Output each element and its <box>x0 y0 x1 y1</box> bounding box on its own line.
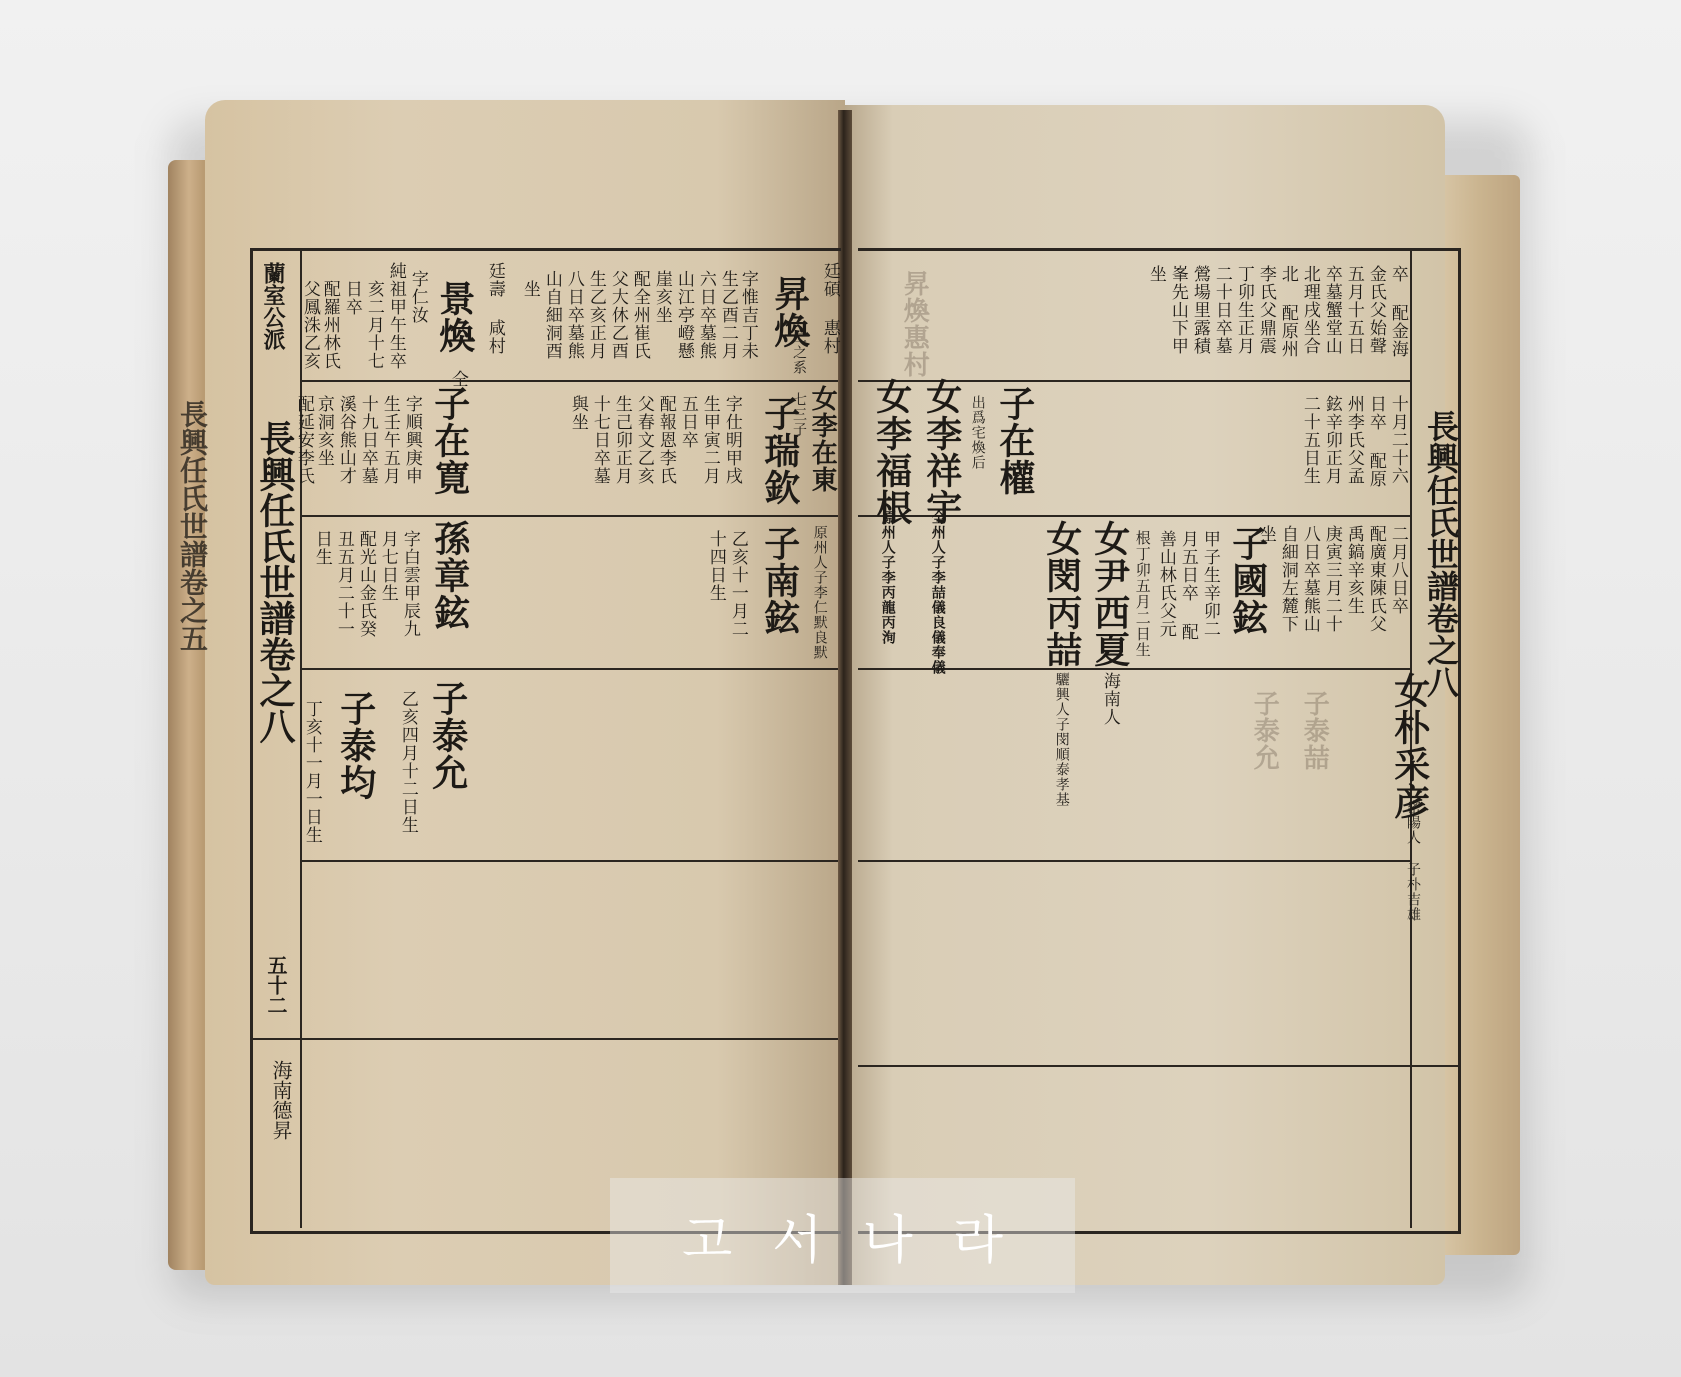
entry-name-jaegwon: 子在權 <box>995 385 1033 496</box>
entry-name-female-parkchaeeon: 女朴采彦 <box>1390 672 1428 820</box>
entry-detail: 字仕明甲戌 <box>722 395 740 485</box>
entry-detail: 乙亥十一月二 <box>728 530 746 638</box>
entry-detail: 生己卯正月 <box>612 395 630 485</box>
section-label: 蘭室公派 <box>258 262 289 350</box>
entry-detail: 根丁卯五月二日生 <box>1134 530 1150 658</box>
entry-detail: 二十日卒墓 <box>1212 265 1230 355</box>
entry-detail: 日卒 配原 <box>1366 395 1384 488</box>
entry-note-parkchaeeon: 密陽人 子朴吉雄 <box>1402 800 1420 922</box>
entry-detail: 五日卒 <box>678 395 696 449</box>
entry-detail: 廷壽 咸村 <box>485 262 503 355</box>
entry-name-female-ibokgeun: 女李福根 <box>872 378 910 526</box>
entry-detail: 日生 <box>312 530 330 566</box>
entry-detail: 六日卒墓熊 <box>696 270 714 360</box>
entry-name-taeyun: 子泰允 <box>428 680 466 791</box>
entry-detail: 字仁汝 <box>408 270 426 324</box>
entry-detail: 生乙酉二月 <box>718 270 736 360</box>
entry-detail: 配延安李氏 <box>294 395 312 485</box>
entry-name-gyeonghwan: 景煥 <box>435 280 473 354</box>
entry-detail: 生甲寅二月 <box>700 395 718 485</box>
entry-note-jaegwon: 出爲宅煥后 <box>970 395 985 470</box>
left-row-divider-4 <box>300 860 838 862</box>
entry-detail: 二月八日卒 <box>1388 525 1406 615</box>
entry-note-minbyeongcheol: 驪興人子閔順泰孝基 <box>1054 672 1069 807</box>
entry-detail: 京洞亥坐 <box>314 395 332 467</box>
left-row-divider-3 <box>300 668 838 670</box>
entry-detail: 八日卒墓熊 <box>564 270 582 360</box>
entry-detail: 李氏父鼎震 <box>1256 265 1274 355</box>
entry-detail: 生乙亥正月 <box>586 270 604 360</box>
watermark-overlay: 고서나라 <box>610 1178 1075 1293</box>
entry-detail: 善山林氏父元 <box>1156 530 1174 638</box>
left-row-divider-1 <box>300 380 838 382</box>
entry-detail: 丑五月二十一 <box>334 530 352 638</box>
entry-detail: 山江亭嶝懸 <box>674 270 692 360</box>
entry-detail: 十七日卒墓 <box>590 395 608 485</box>
entry-detail: 坐 <box>520 280 538 298</box>
entry-detail: 自細洞左麓下 <box>1278 525 1296 633</box>
bleed-through-text: 昇煥惠村 <box>900 270 927 378</box>
entry-detail: 字白雲甲辰九 <box>400 530 418 638</box>
entry-detail: 山自細洞酉 <box>542 270 560 360</box>
entry-detail: 北理戌坐合 <box>1300 265 1318 355</box>
entry-detail: 卒 配金海 <box>1388 265 1406 358</box>
entry-detail: 卒墓蟹堂山 <box>1322 265 1340 355</box>
entry-detail: 配光山金氏癸 <box>356 530 374 638</box>
entry-detail: 字順興庚申 <box>402 395 420 485</box>
entry-name-female-minbyeongcheol: 女閔丙喆 <box>1042 520 1080 668</box>
entry-name-seoheum: 子瑞欽 <box>760 395 798 506</box>
left-row-divider-2 <box>300 515 838 517</box>
entry-name-taegyun: 子泰均 <box>336 690 374 801</box>
entry-detail: 月七日生 <box>378 530 396 602</box>
entry-detail: 二十五日生 <box>1300 395 1318 485</box>
outer-margin-title: 長興任氏世譜卷之五 <box>172 400 212 652</box>
entry-detail: 十九日卒墓 <box>358 395 376 485</box>
entry-detail: 北 配原州 <box>1278 265 1296 358</box>
page-number: 五十二 <box>262 955 291 1015</box>
entry-name-female-isangu: 女李祥宇 <box>922 378 960 526</box>
entry-detail: 純祖甲午生卒 <box>386 262 404 370</box>
entry-detail: 峯先山下甲 <box>1168 265 1186 355</box>
entry-name-female-yunseoha: 女尹西夏 <box>1090 520 1128 668</box>
entry-detail: 庚寅三月二十 <box>1322 525 1340 633</box>
publisher-mark: 海南德昇 <box>262 1060 300 1140</box>
entry-name-female-imjaedong: 女李在東 <box>808 385 835 493</box>
entry-detail: 與坐 <box>568 395 586 431</box>
entry-detail: 溪谷熊山才 <box>336 395 354 485</box>
watermark-text: 고서나라 <box>642 1198 1043 1273</box>
entry-detail: 甲子生辛卯二 <box>1200 530 1218 638</box>
entry-name-jaegwan: 子在寛 <box>430 385 468 496</box>
entry-detail: 配羅州林氏 <box>320 280 338 370</box>
right-row-divider-4 <box>858 860 1410 862</box>
entry-detail: 生壬午五月 <box>380 395 398 485</box>
left-row-divider-5 <box>252 1038 838 1040</box>
entry-detail: 十四日生 <box>706 530 724 602</box>
entry-detail: 乙亥四月十二日生 <box>398 690 416 834</box>
bleed-through-text: 子泰允 <box>1250 690 1277 771</box>
entry-annotation: 原州人子李仁默良默 <box>812 525 827 660</box>
entry-detail: 崖亥坐 <box>652 270 670 324</box>
entry-name-gukhyeon: 子國鉉 <box>1228 525 1266 636</box>
entry-detail: 字惟吉丁未 <box>738 270 756 360</box>
entry-detail: 廷碩 惠村 <box>820 262 838 355</box>
entry-detail: 八日卒墓熊山 <box>1300 525 1318 633</box>
entry-detail: 坐 <box>1146 265 1164 283</box>
entry-detail: 配報恩李氏 <box>656 395 674 485</box>
entry-detail: 禹鎬辛亥生 <box>1344 525 1362 615</box>
entry-detail: 父大休乙酉 <box>608 270 626 360</box>
entry-detail: 丁亥十一月一日生 <box>302 700 320 844</box>
entry-detail: 鉉辛卯正月 <box>1322 395 1340 485</box>
entry-detail: 日卒 <box>342 280 360 316</box>
entry-detail: 鶯場里露積 <box>1190 265 1208 355</box>
entry-name-namhyeon: 子南鉉 <box>760 525 798 636</box>
entry-annotation: 全州人子李喆儀良儀奉儀 <box>930 510 945 675</box>
bleed-through-text: 子泰喆 <box>1300 690 1327 771</box>
entry-note-yunseoha: 海南人 <box>1100 672 1118 726</box>
spine-title-right: 長興任氏世譜卷之八 <box>1418 410 1464 698</box>
entry-detail: 州李氏父孟 <box>1344 395 1362 485</box>
entry-detail: 五月十五日 <box>1344 265 1362 355</box>
entry-detail: 丁卯生正月 <box>1234 265 1252 355</box>
entry-detail: 配全州崔氏 <box>630 270 648 360</box>
entry-detail: 父春文乙亥 <box>634 395 652 485</box>
entry-detail: 十月二十六 <box>1388 395 1406 485</box>
right-row-divider-5 <box>858 1065 1458 1067</box>
entry-detail: 亥二月十七 <box>364 280 382 370</box>
entry-name-janghyeon: 孫章鉉 <box>430 520 468 631</box>
entry-detail: 月五日卒 配 <box>1178 530 1196 641</box>
entry-detail: 父鳳洙乙亥 <box>300 280 318 370</box>
entry-annotation: 原州人子李丙龍丙洵 <box>880 510 895 645</box>
entry-detail: 金氏父始聲 <box>1366 265 1384 355</box>
entry-detail: 配廣東陳氏父 <box>1366 525 1384 633</box>
